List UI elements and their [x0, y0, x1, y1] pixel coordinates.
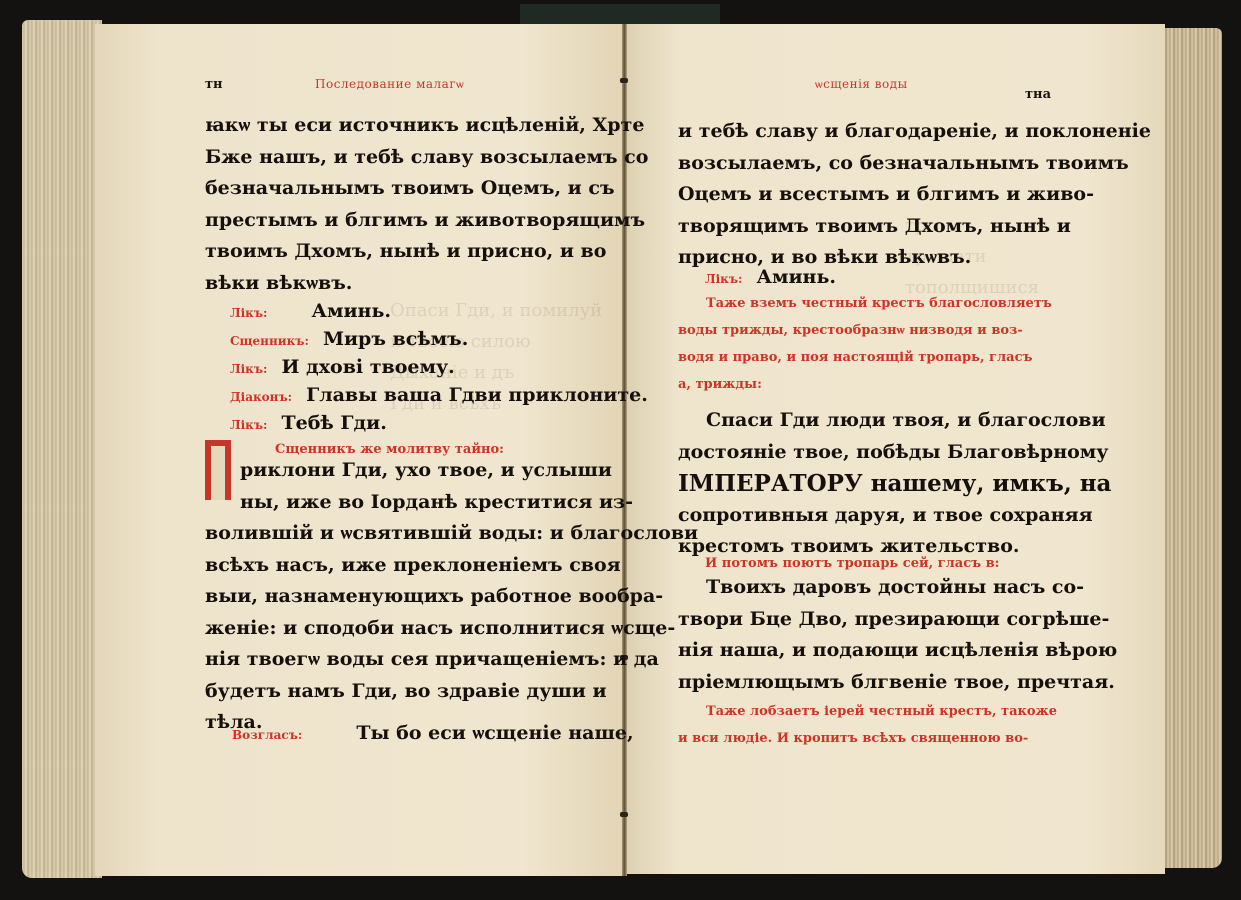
text-line: сопротивныя даруя, и твое сохраняя	[678, 500, 1053, 532]
rubric-label: Лікъ:	[230, 306, 267, 320]
spine-top	[520, 4, 720, 26]
text-line: женіе: и сподоби насъ исполнитися ѡсще-	[205, 613, 585, 645]
text-line: пріемлющымъ блгвеніе твое, пречтая.	[678, 667, 1053, 699]
rubric-label: Возгласъ:	[232, 728, 302, 742]
text-line: будетъ намъ Гди, во здравіе души и	[205, 676, 585, 708]
text-line: творящимъ твоимъ Дхомъ, нынѣ и	[678, 211, 1053, 243]
page-number-right: тна	[1025, 87, 1051, 102]
text-line: вѣки вѣкѡвъ.	[205, 268, 585, 300]
text-line: ꙗкѡ ты еси источникъ исцѣленій, Хрте	[205, 110, 585, 142]
rubric-label: Лікъ:	[230, 362, 267, 376]
text-line: возсылаемъ, со безначальнымъ твоимъ	[678, 148, 1053, 180]
text-line: волившій и ѡсвятившій воды: и благослови	[205, 518, 585, 550]
text-line: и тебѣ славу и благодареніе, и поклонені…	[678, 116, 1053, 148]
rubric-block-1: Таже вземъ честный крестъ благословляетъ…	[678, 290, 1053, 398]
response-line: Лікъ:Аминь.	[230, 298, 590, 326]
binding-stitch	[620, 78, 628, 83]
exclamation-line: Возгласъ:Ты бо еси ѡсщеніе наше,	[232, 718, 592, 752]
text-line: достояніе твое, побѣды Благовѣрному	[678, 437, 1053, 469]
running-head-left: Последование малагѡ	[315, 77, 464, 92]
text-line: риклони Гди, ухо твое, и услыши	[240, 455, 585, 487]
response-line: Сщенникъ:Миръ всѣмъ.	[230, 326, 590, 354]
prayer-text: волившій и ѡсвятившій воды: и благослови…	[205, 518, 585, 739]
prayer-text-indented: риклони Гди, ухо твое, и услыши ны, иже …	[240, 455, 585, 518]
response-line: Лікъ:И дховi твоему.	[230, 354, 590, 382]
text-line: твоимъ Дхомъ, нынѣ и присно, и во	[205, 236, 585, 268]
rubric-label: Діаконъ:	[230, 390, 292, 404]
text-line: нія твоегѡ воды сея причащеніемъ: и да	[205, 644, 585, 676]
response-line: Лікъ:Тебѣ Гди.	[230, 410, 590, 438]
text-line: Оцемъ и всестымъ и блгимъ и живо-	[678, 179, 1053, 211]
rubric-label: Сщенникъ:	[230, 334, 309, 348]
responses-block: Лікъ:Аминь. Сщенникъ:Миръ всѣмъ. Лікъ:И …	[230, 298, 590, 438]
page-edges-right	[1160, 28, 1222, 868]
page-number-left: тн	[205, 77, 223, 92]
drop-cap: П	[205, 440, 231, 500]
right-body-text: и тебѣ славу и благодареніе, и поклонені…	[678, 116, 1053, 274]
text-line: всѣхъ насъ, иже преклоненіемъ своя	[205, 550, 585, 582]
rubric-label: Лікъ:	[705, 272, 742, 286]
troparion-2: Твоихъ даровъ достойны насъ со- твори Бц…	[678, 572, 1053, 698]
binding-stitch	[620, 812, 628, 817]
text-line: Бже нашъ, и тебѣ славу возсылаемъ со	[205, 142, 585, 174]
running-head-right: ѡсщенія воды	[815, 77, 908, 92]
text-line: твори Бце Дво, презирающи согрѣше-	[678, 604, 1053, 636]
text-line: безначальнымъ твоимъ Оцемъ, и съ	[205, 173, 585, 205]
response-line: Діаконъ:Главы ваша Гдви приклоните.	[230, 382, 590, 410]
text-line: престымъ и блгимъ и животворящимъ	[205, 205, 585, 237]
open-book: Опаси Гди, и помилуйи твоею силоюДыханіе…	[0, 0, 1241, 900]
text-line: Спаси Гди люди твоя, и благослови	[678, 405, 1053, 437]
troparion-1: Спаси Гди люди твоя, и благослови достоя…	[678, 405, 1053, 563]
rubric-label: Лікъ:	[230, 418, 267, 432]
rubric-block-3: Таже лобзаетъ іерей честный крестъ, тако…	[678, 698, 1053, 752]
text-line: ны, иже во Iорданѣ креститися из-	[240, 487, 585, 519]
text-line: нія наша, и подающи исцѣленія вѣрою	[678, 635, 1053, 667]
text-line: выи, назнаменующихъ работное вообра-	[205, 581, 585, 613]
text-line: IМПЕРАТОРУ нашему, имкъ, на	[678, 468, 1053, 500]
left-body-text: ꙗкѡ ты еси источникъ исцѣленій, Хрте Бже…	[205, 110, 585, 299]
page-edges-left	[22, 20, 102, 878]
text-line: Твоихъ даровъ достойны насъ со-	[678, 572, 1053, 604]
